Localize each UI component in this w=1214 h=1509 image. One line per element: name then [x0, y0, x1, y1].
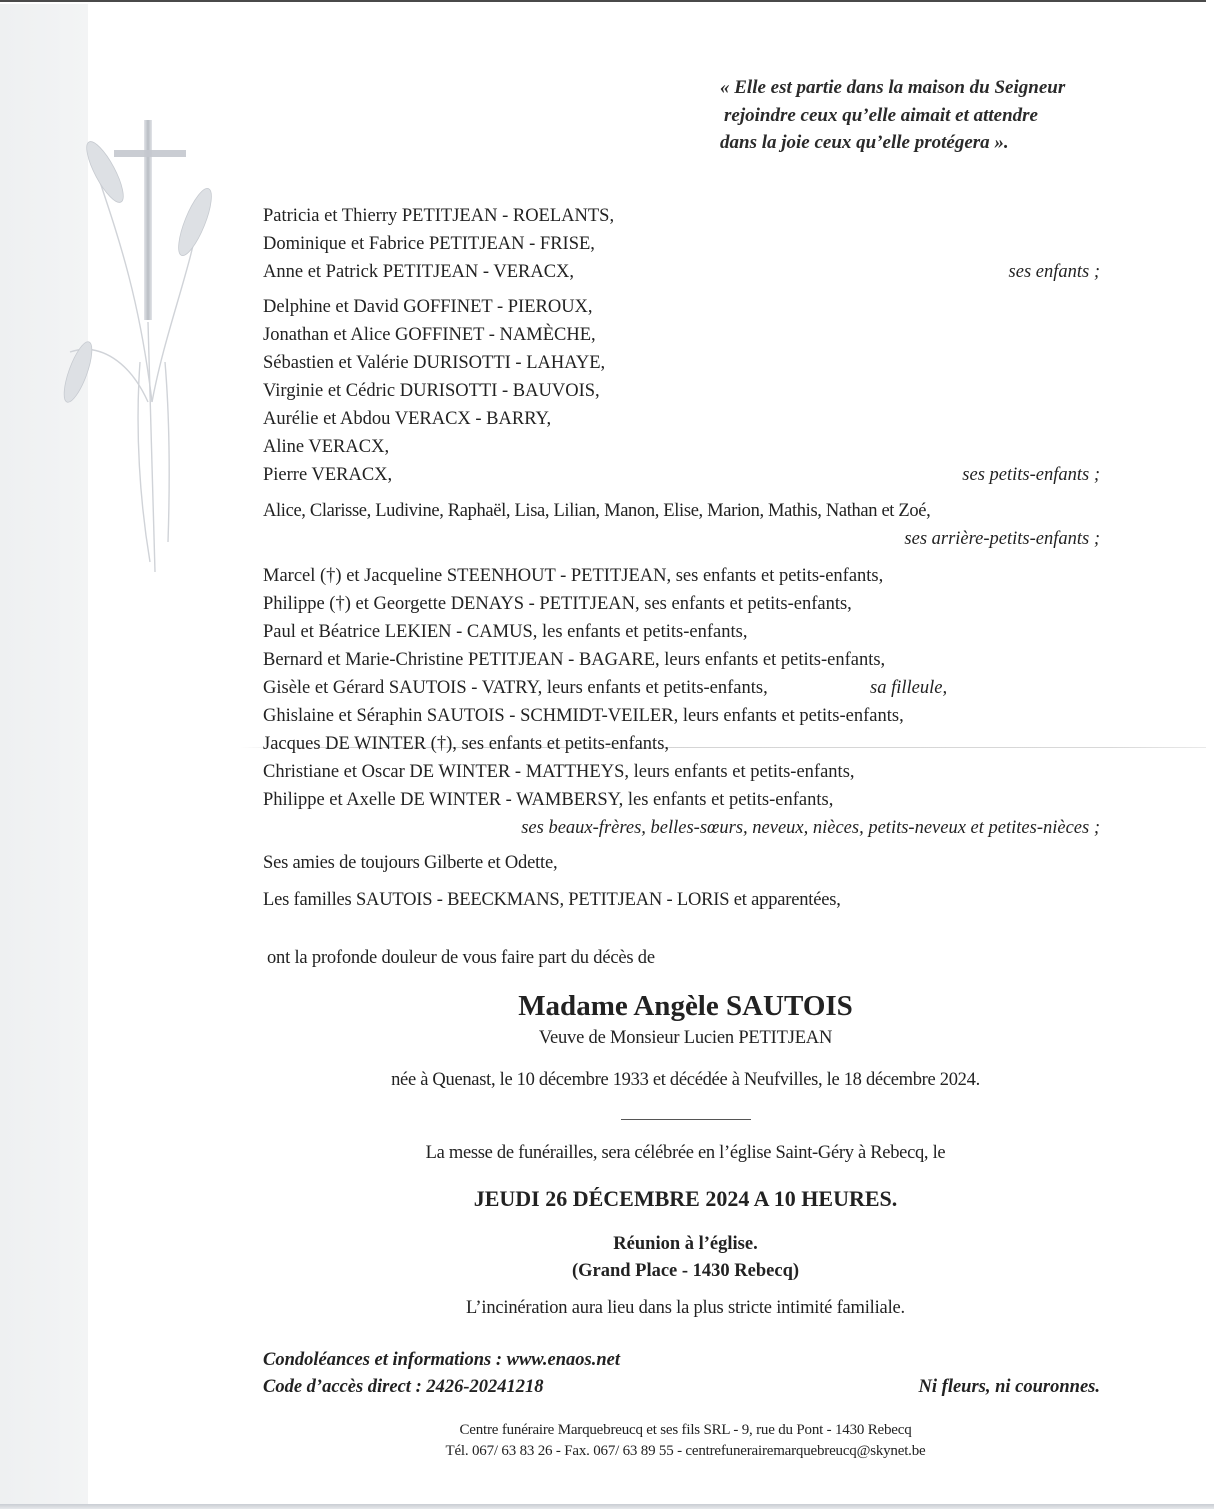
in-law-name: Jacques DE WINTER (†), ses enfants et pe…: [263, 731, 669, 759]
cross-with-wheat-icon: [40, 102, 240, 622]
quote-line: rejoindre ceux qu’elle aimait et attendr…: [720, 102, 1140, 130]
in-law-name: Bernard et Marie-Christine PETITJEAN - B…: [263, 647, 885, 675]
obituary-page: « Elle est partie dans la maison du Seig…: [0, 0, 1206, 1506]
separator: [621, 1119, 751, 1120]
in-law-name: Paul et Béatrice LEKIEN - CAMUS, les enf…: [263, 619, 747, 647]
child-name: Patricia et Thierry PETITJEAN - ROELANTS…: [263, 203, 614, 231]
funeral-home-address: Centre funéraire Marquebreucq et ses fil…: [263, 1420, 1108, 1441]
announcement: ont la profonde douleur de vous faire pa…: [267, 945, 655, 973]
epigraph-quote: « Elle est partie dans la maison du Seig…: [720, 74, 1140, 157]
grandchild-name: Virginie et Cédric DURISOTTI - BAUVOIS,: [263, 378, 600, 406]
mass-intro: La messe de funérailles, sera célébrée e…: [263, 1143, 1108, 1164]
in-law-name: Marcel (†) et Jacqueline STEENHOUT - PET…: [263, 563, 883, 591]
great-grandchildren-names: Alice, Clarisse, Ludivine, Raphaël, Lisa…: [263, 498, 930, 526]
goddaughter-note: sa filleule,: [870, 675, 947, 703]
quote-line: « Elle est partie dans la maison du Seig…: [720, 74, 1140, 102]
grandchild-name: Delphine et David GOFFINET - PIEROUX,: [263, 294, 593, 322]
friends-line: Ses amies de toujours Gilberte et Odette…: [263, 850, 557, 878]
grandchild-name: Aline VERACX,: [263, 434, 389, 462]
quote-line: dans la joie ceux qu’elle protégera ».: [720, 129, 1140, 157]
child-name: Anne et Patrick PETITJEAN - VERACX,: [263, 259, 574, 287]
page-edge: [0, 1504, 1214, 1509]
child-name: Dominique et Fabrice PETITJEAN - FRISE,: [263, 231, 595, 259]
mass-date: JEUDI 26 DÉCEMBRE 2024 A 10 HEURES.: [263, 1186, 1108, 1212]
grandchild-name: Jonathan et Alice GOFFINET - NAMÈCHE,: [263, 322, 596, 350]
role-great-grandchildren: ses arrière-petits-enfants ;: [904, 526, 1100, 554]
families-line: Les familles SAUTOIS - BEECKMANS, PETITJ…: [263, 887, 841, 915]
widow-of: Veuve de Monsieur Lucien PETITJEAN: [263, 1028, 1108, 1049]
deceased-name: Madame Angèle SAUTOIS: [263, 990, 1108, 1023]
meeting-address: (Grand Place - 1430 Rebecq): [263, 1258, 1108, 1285]
condolences-info: Condoléances et informations : www.enaos…: [263, 1350, 620, 1371]
role-children: ses enfants ;: [1009, 259, 1100, 287]
no-flowers-note: Ni fleurs, ni couronnes.: [919, 1377, 1100, 1398]
birth-death-dates: née à Quenast, le 10 décembre 1933 et dé…: [263, 1070, 1108, 1091]
in-law-name: Ghislaine et Séraphin SAUTOIS - SCHMIDT-…: [263, 703, 904, 731]
role-in-laws: ses beaux-frères, belles-sœurs, neveux, …: [521, 815, 1100, 843]
in-law-name: Christiane et Oscar DE WINTER - MATTHEYS…: [263, 759, 855, 787]
meeting-place: Réunion à l’église.: [263, 1231, 1108, 1258]
in-law-name: Philippe (†) et Georgette DENAYS - PETIT…: [263, 591, 852, 619]
grandchild-name: Aurélie et Abdou VERACX - BARRY,: [263, 406, 551, 434]
grandchild-name: Pierre VERACX,: [263, 462, 392, 490]
funeral-home-contact: Tél. 067/ 63 83 26 - Fax. 067/ 63 89 55 …: [263, 1441, 1108, 1462]
in-law-name: Philippe et Axelle DE WINTER - WAMBERSY,…: [263, 787, 833, 815]
cremation-note: L’incinération aura lieu dans la plus st…: [263, 1298, 1108, 1319]
in-law-name: Gisèle et Gérard SAUTOIS - VATRY, leurs …: [263, 675, 768, 703]
access-code: Code d’accès direct : 2426-20241218: [263, 1377, 544, 1398]
role-grandchildren: ses petits-enfants ;: [962, 462, 1100, 490]
grandchild-name: Sébastien et Valérie DURISOTTI - LAHAYE,: [263, 350, 605, 378]
